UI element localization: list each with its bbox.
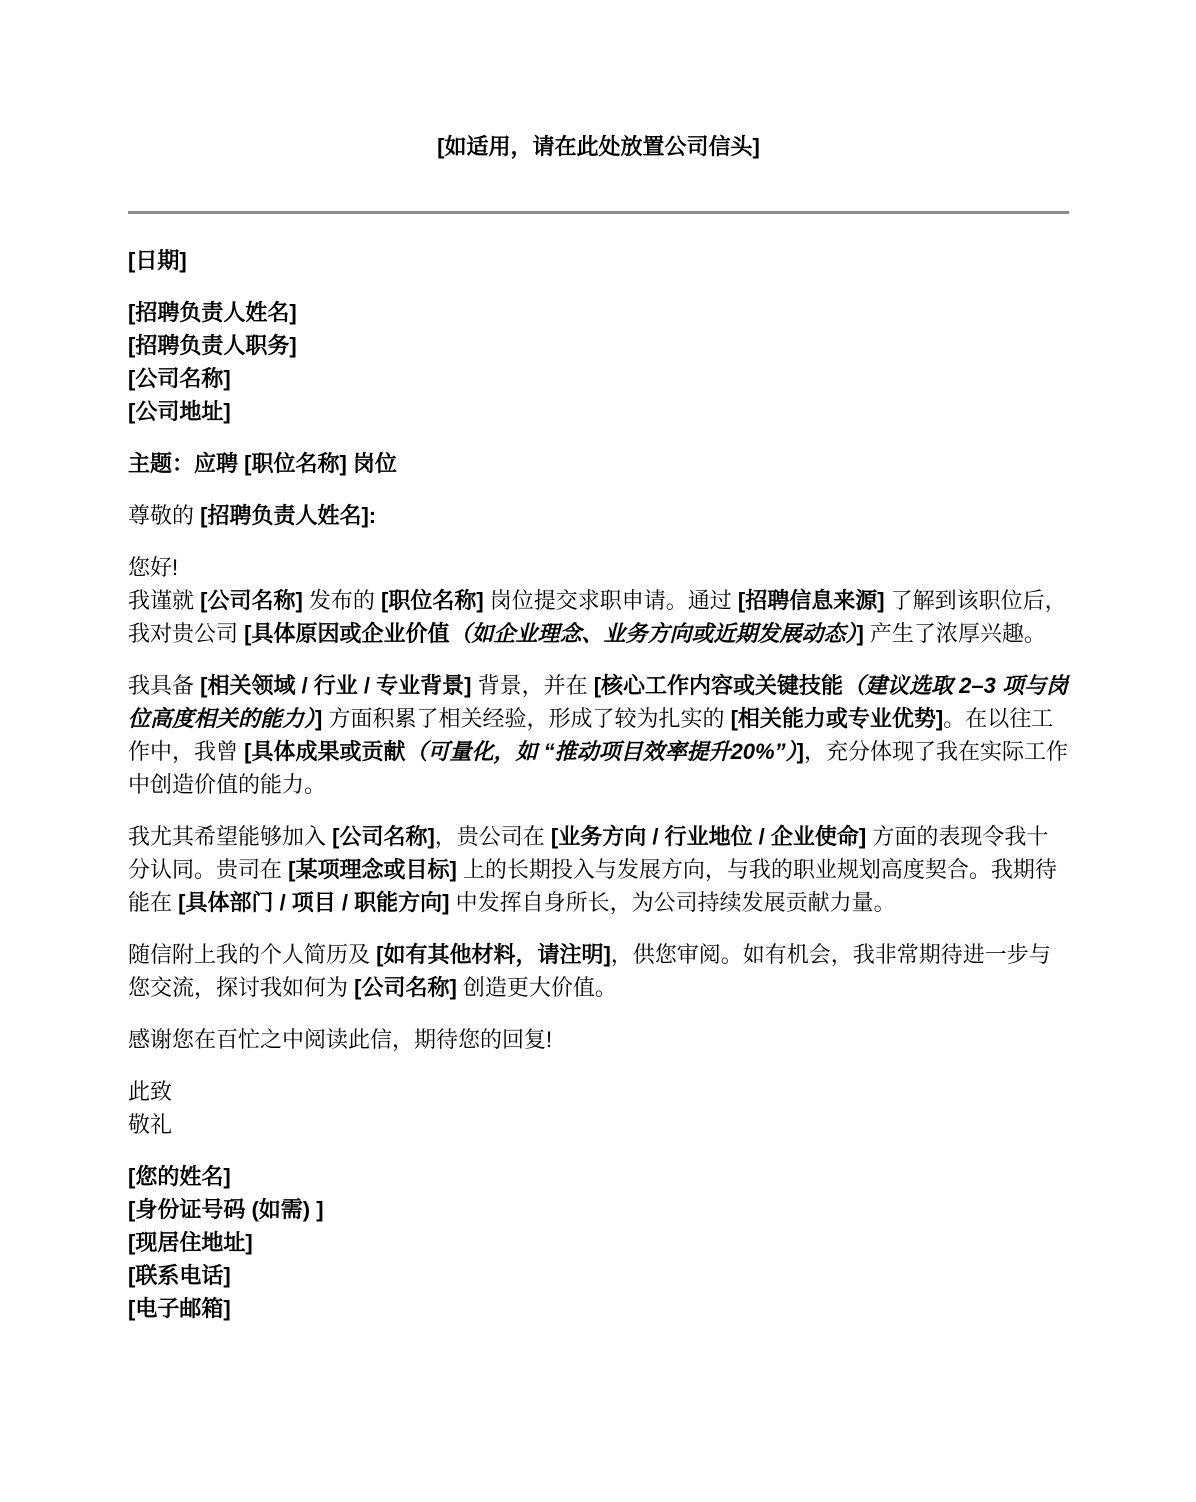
- text-run: 我具备: [128, 673, 200, 698]
- placeholder-run: [相关能力或专业优势]: [731, 706, 944, 731]
- paragraph-experience: 我具备 [相关领域 / 行业 / 专业背景] 背景，并在 [核心工作内容或关键技…: [128, 669, 1069, 801]
- placeholder-run: ]: [856, 621, 863, 646]
- recipient-block: [招聘负责人姓名] [招聘负责人职务] [公司名称] [公司地址]: [128, 296, 1069, 428]
- signature-phone-line: [联系电话]: [128, 1259, 1069, 1292]
- closing-block: 此致 敬礼: [128, 1075, 1069, 1141]
- letterhead-divider: [128, 211, 1069, 214]
- salutation: 尊敬的 [招聘负责人姓名]:: [128, 499, 1069, 532]
- placeholder-run: ]: [797, 739, 804, 764]
- placeholder-run: [公司名称]: [332, 824, 435, 849]
- recipient-company-line: [公司名称]: [128, 362, 1069, 395]
- subject-line: 主题：应聘 [职位名称] 岗位: [128, 447, 1069, 480]
- text-run: 我尤其希望能够加入: [128, 824, 332, 849]
- recipient-title-line: [招聘负责人职务]: [128, 329, 1069, 362]
- placeholder-run: [相关领域 / 行业 / 专业背景]: [200, 673, 471, 698]
- text-run: 方面积累了相关经验，形成了较为扎实的: [322, 706, 730, 731]
- placeholder-run: [某项理念或目标]: [288, 857, 457, 882]
- text-run: 创造更大价值。: [457, 975, 617, 1000]
- recipient-address-line: [公司地址]: [128, 395, 1069, 428]
- placeholder-run: [具体原因或企业价值: [244, 621, 449, 646]
- text-run: ，贵公司在: [435, 824, 551, 849]
- text-run: 感谢您在百忙之中阅读此信，期待您的回复!: [128, 1027, 552, 1052]
- text-run: 背景，并在: [471, 673, 593, 698]
- placeholder-run: [具体部门 / 项目 / 职能方向]: [178, 890, 449, 915]
- date-line: [日期]: [128, 244, 1069, 277]
- paragraph-thanks: 感谢您在百忙之中阅读此信，期待您的回复!: [128, 1023, 1069, 1056]
- recipient-name-line: [招聘负责人姓名]: [128, 296, 1069, 329]
- closing-cizhi-line: 此致: [128, 1075, 1069, 1108]
- text-run: 发布的: [303, 588, 381, 613]
- signature-name-line: [您的姓名]: [128, 1160, 1069, 1193]
- placeholder-run: [职位名称]: [381, 588, 484, 613]
- signature-address-line: [现居住地址]: [128, 1226, 1069, 1259]
- placeholder-run: [招聘信息来源]: [738, 588, 885, 613]
- text-run: 中发挥自身所长，为公司持续发展贡献力量。: [449, 890, 895, 915]
- placeholder-run: [业务方向 / 行业地位 / 企业使命]: [551, 824, 866, 849]
- text-run: 岗位提交求职申请。通过: [484, 588, 738, 613]
- placeholder-run: [具体成果或贡献: [244, 739, 405, 764]
- paragraph-intro: 您好!我谨就 [公司名称] 发布的 [职位名称] 岗位提交求职申请。通过 [招聘…: [128, 551, 1069, 650]
- closing-jingli-line: 敬礼: [128, 1108, 1069, 1141]
- placeholder-run: [如有其他材料，请注明]: [376, 942, 611, 967]
- placeholder-run: （如企业理念、业务方向或近期发展动态）: [449, 621, 856, 646]
- paragraph-motivation: 我尤其希望能够加入 [公司名称]，贵公司在 [业务方向 / 行业地位 / 企业使…: [128, 820, 1069, 919]
- signature-id-line: [身份证号码 (如需) ]: [128, 1193, 1069, 1226]
- placeholder-run: [招聘负责人姓名]:: [200, 503, 376, 528]
- text-run: 随信附上我的个人简历及: [128, 942, 376, 967]
- placeholder-run: （可量化，如 “推动项目效率提升20%”）: [405, 739, 796, 764]
- text-run: 尊敬的: [128, 503, 200, 528]
- text-run: 您好!: [128, 555, 178, 580]
- text-run: 我谨就: [128, 588, 200, 613]
- paragraph-attachments: 随信附上我的个人简历及 [如有其他材料，请注明]，供您审阅。如有机会，我非常期待…: [128, 938, 1069, 1004]
- signature-block: [您的姓名] [身份证号码 (如需) ] [现居住地址] [联系电话] [电子邮…: [128, 1160, 1069, 1325]
- signature-email-line: [电子邮箱]: [128, 1292, 1069, 1325]
- placeholder-run: [公司名称]: [200, 588, 303, 613]
- letterhead-placeholder: [如适用，请在此处放置公司信头]: [128, 130, 1069, 163]
- placeholder-run: [公司名称]: [354, 975, 457, 1000]
- placeholder-run: [核心工作内容或关键技能: [594, 673, 843, 698]
- text-run: 产生了浓厚兴趣。: [864, 621, 1046, 646]
- letter-page: [如适用，请在此处放置公司信头] [日期] [招聘负责人姓名] [招聘负责人职务…: [0, 0, 1196, 1502]
